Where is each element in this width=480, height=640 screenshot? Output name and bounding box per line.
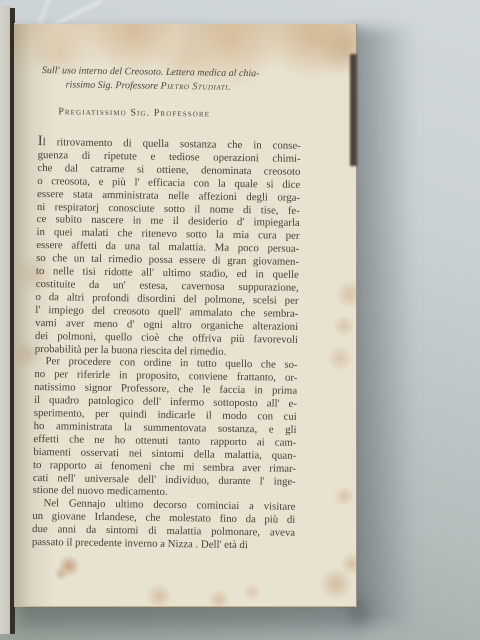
letter-body: Il ritrovamento di quella sostanza che i… <box>32 135 301 553</box>
header-line-2: rissimo Sig. Professore Pietro Studiati. <box>66 78 302 95</box>
paragraph: Per procedere con ordine in tutto quello… <box>33 355 298 501</box>
page-header: Sull' uso interno del Creosoto. Lettera … <box>39 64 302 96</box>
salutation: Pregiatissimo Sig. Professore <box>58 106 301 121</box>
header-line-2-period: . <box>228 82 231 93</box>
book-photo: { "page": { "header": { "line1": "Sull' … <box>0 0 480 640</box>
printed-text-block: Sull' uso interno del Creosoto. Lettera … <box>32 64 302 553</box>
book-cast-shadow <box>352 28 426 624</box>
header-line-2-text: rissimo Sig. Professore <box>66 79 161 91</box>
header-professor-name: Pietro Studiati <box>160 81 228 93</box>
page-block-fore-edge <box>350 54 357 166</box>
paragraph: Il ritrovamento di quella sostanza che i… <box>35 135 301 359</box>
book-page: Sull' uso interno del Creosoto. Lettera … <box>14 23 357 607</box>
paragraph: Nel Gennajo ultimo decorso cominciai a v… <box>32 497 296 553</box>
